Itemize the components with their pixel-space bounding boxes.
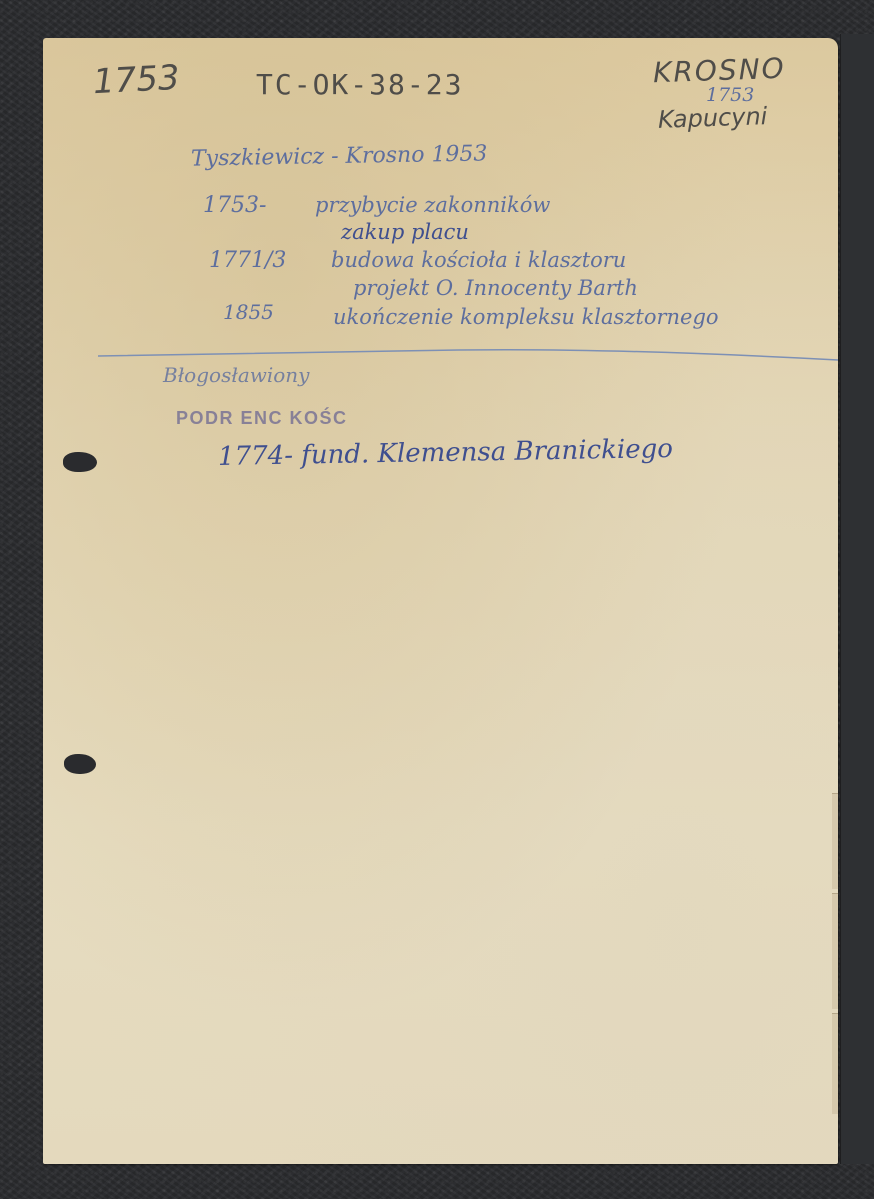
- entry-year: 1771/3: [209, 248, 286, 273]
- paper-edge-tab: [832, 1013, 838, 1114]
- paper-edge-tab: [832, 893, 838, 1009]
- source-note: Tyszkiewicz - Krosno 1953: [191, 141, 488, 171]
- document-sheet: 1753 TC-OK-38-23 KROSNO 1753 Kapucyni Ty…: [43, 38, 838, 1164]
- binding-hole: [64, 754, 96, 774]
- catalog-code: TC-OK-38-23: [256, 68, 463, 101]
- library-stamp: PODR ENC KOŚC: [176, 408, 348, 429]
- entry-line: przybycie zakonników: [315, 193, 550, 217]
- entry-line: ukończenie kompleksu klasztornego: [333, 305, 719, 329]
- entry-line: projekt O. Innocenty Barth: [353, 276, 638, 300]
- entry-year: 1753-: [203, 193, 266, 218]
- binding-hole: [63, 452, 97, 472]
- religious-order: Kapucyni: [658, 102, 768, 134]
- entry-line: zakup placu: [341, 220, 469, 244]
- binder-board-edge: [840, 34, 874, 1164]
- separator-line: [98, 348, 838, 362]
- paper-edge-tab: [832, 793, 838, 889]
- entry-year: 1855: [223, 300, 274, 324]
- year-top-left: 1753: [92, 58, 181, 102]
- foundation-entry: 1774- fund. Klemensa Branickiego: [218, 434, 673, 472]
- pencil-note: Błogosławiony: [163, 363, 309, 387]
- entry-line: budowa kościoła i klasztoru: [331, 248, 626, 272]
